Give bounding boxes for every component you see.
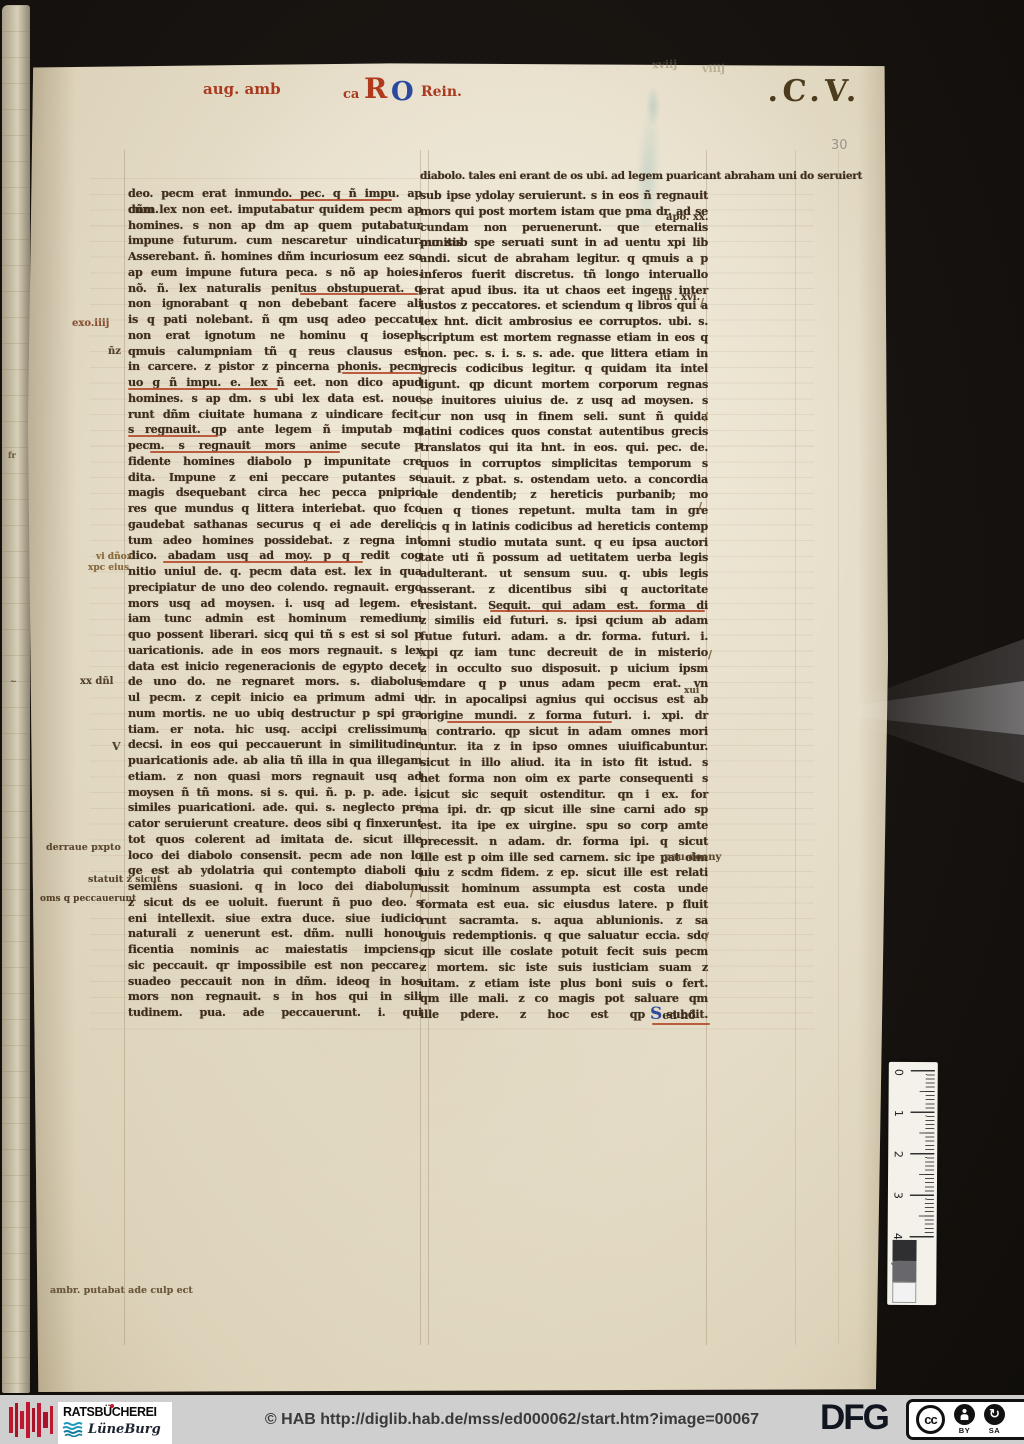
manuscript-text-line: decsi. in eos qui peccauerunt in similit… xyxy=(128,737,422,753)
show-through-mark: viiij xyxy=(702,62,725,75)
manuscript-text-line: puaricationis ade. ab alia tñ illa in qu… xyxy=(128,753,422,769)
cc-by-person-icon xyxy=(954,1404,975,1425)
manuscript-text-line: tot quos colerent ad imitata de. sicut i… xyxy=(128,832,422,848)
manuscript-text-line: cator seruierunt creature. deos sibi q f… xyxy=(128,816,422,832)
page-holder-glare xyxy=(858,636,1024,786)
manuscript-text-line: suadeo peccauit non in dñm. ideoq in hos xyxy=(128,974,422,990)
manuscript-text-line: runt sacramta. s. aqua ablunionis. z sa xyxy=(420,913,708,929)
manuscript-text-line: non ignorabant q non debebant facere ali xyxy=(128,296,422,312)
margin-note: V xyxy=(112,740,121,753)
column-rule xyxy=(124,150,125,1345)
rubric-underline xyxy=(447,721,612,723)
facing-page-edge xyxy=(2,5,30,1393)
cc-sa-arrow-icon: ↻ xyxy=(984,1404,1005,1425)
manuscript-text-line: asserant. z dicentibus sibi q auctoritat… xyxy=(420,582,708,598)
margin-note: .lu . xvi. xyxy=(656,292,700,303)
manuscript-text-line: non erat ignotum ne hominu q ioseph xyxy=(128,328,422,344)
manuscript-text-line: eni intellexit. siue extra duce. siue iu… xyxy=(128,911,422,927)
margin-note: vi dñoz xyxy=(96,552,132,562)
manuscript-text-line: inferos fuerit discretus. tñ longo inter… xyxy=(420,267,708,283)
margin-note: ambr. putabat ade culp ect xyxy=(50,1285,193,1296)
margin-note: oms q peccauerunt xyxy=(40,894,136,904)
gray-patch-light xyxy=(892,1282,916,1303)
manuscript-text-line: iam tunc admin est hominum remedium xyxy=(128,611,422,627)
manuscript-text-line: homines. s non ap dm ap quem putabatur xyxy=(128,218,422,234)
manuscript-text-line: uaricationis. ade in eos mors regnauit. … xyxy=(128,643,422,659)
manuscript-text-line: is q pati nolebant. ñ qm usq adeo peccat… xyxy=(128,312,422,328)
manuscript-text-line: uitam. z etiam iste plus boni suis o fer… xyxy=(420,976,708,992)
manuscript-text-line: naturali z uenerunt est. dñm. nulli hono… xyxy=(128,926,422,942)
manuscript-text-line: sub ipse ydolay seruierunt. s in eos ñ r… xyxy=(420,188,708,204)
grayscale-ruler: 0 1 2 3 4 Gray Scale xyxy=(887,1062,938,1305)
manuscript-text-line: cundam non peruenerunt. que eternalis pu… xyxy=(420,220,708,236)
manuscript-text-line: etiam. z non quasi mors regnauit usq ad xyxy=(128,769,422,785)
dfg-logo: DFG xyxy=(820,1398,888,1438)
manuscript-text-line: omni studio mutata sunt. q eu ipsa aucto… xyxy=(420,535,708,551)
rubric-underline xyxy=(300,293,418,295)
manuscript-text-line: dr. in apocalipsi agnius qui occisus est… xyxy=(420,692,708,708)
manuscript-text-line: scriptum est mortem regnasse etiam in eo… xyxy=(420,330,708,346)
cc-icon: cc xyxy=(916,1405,945,1434)
fold-line xyxy=(838,150,839,1345)
rubric-underline xyxy=(128,435,218,437)
closing-word: ed nõ xyxy=(662,1008,695,1022)
show-through-mark: xviij xyxy=(652,58,678,72)
margin-note: ñz xyxy=(108,346,121,357)
manuscript-text-line: semiens suasioni. q in loco dei diabolum xyxy=(128,879,422,895)
manuscript-text-line: precipiatur de uno deo colendo. regnauit… xyxy=(128,580,422,596)
margin-note: derraue pxpto xyxy=(46,842,121,853)
margin-note: / xyxy=(708,648,712,661)
manuscript-text-line: ficentia nominis ac maiestatis impciens. xyxy=(128,942,422,958)
manuscript-text-line: tiam. er nota. hic usq. accipi crelissim… xyxy=(128,722,422,738)
margin-note: fr xyxy=(8,450,16,460)
gray-patch-dark xyxy=(892,1240,916,1261)
rubric-underline xyxy=(652,1023,710,1025)
rubric-underline xyxy=(272,199,392,201)
manuscript-text-line: ligunt. qp dicunt mortem corporum regnas xyxy=(420,377,708,393)
margin-note: xx dñl xyxy=(80,676,113,687)
margin-note: xpc eius xyxy=(88,563,129,573)
margin-note: / xyxy=(410,886,414,899)
manuscript-text-line: ap eum impune futura peca. s nõ ap hoies… xyxy=(128,265,422,281)
rubric-underline xyxy=(342,372,422,374)
manuscript-text-line: ge est ab ydolatria qui contempto diabol… xyxy=(128,863,422,879)
running-title-initial-r: R xyxy=(364,72,387,105)
ruler-ticks xyxy=(904,1070,935,1238)
right-text-column: sub ipse ydolay seruierunt. s in eos ñ r… xyxy=(420,188,708,1023)
manuscript-text-line: ul pecm. z cepit inicio ea primum admi u xyxy=(128,690,422,706)
manuscript-text-line: grecis codicibus legitur. q quidam ita i… xyxy=(420,361,708,377)
blue-initial: S xyxy=(650,1004,662,1024)
cc-sa-label: SA xyxy=(989,1426,1000,1435)
manuscript-text-line: tate uti ñ possum ad uetitatem uerba leg… xyxy=(420,550,708,566)
manuscript-text-line: homines. s ap dm. s ubi lex data est. no… xyxy=(128,391,422,407)
manuscript-text-line: Asserebant. ñ. homines dñm incuriosum ee… xyxy=(128,249,422,265)
manuscript-text-line: gaudebat sathanas securus q ei ade derel… xyxy=(128,517,422,533)
running-title-right: Rein. xyxy=(421,84,462,100)
margin-note: exo.iiij xyxy=(72,318,109,329)
manuscript-text-line: mo sub spe seruati sunt in ad uentu xpi … xyxy=(420,235,708,251)
manuscript-text-line: mors non regnauit. s in hos qui in sili xyxy=(128,989,422,1005)
manuscript-text-line: loco dei diabolo consensit. pecm ade non… xyxy=(128,848,422,864)
manuscript-text-line: cur non usq in finem seli. sunt ñ quida xyxy=(420,409,708,425)
ruler-number: 0 xyxy=(892,1066,905,1078)
manuscript-text-line: latini codices quos constat autentibus g… xyxy=(420,424,708,440)
rubric-underline xyxy=(163,561,363,563)
margin-note: pau doeny xyxy=(664,852,721,863)
manuscript-text-line: magis dsequebant circa hec pecca pniprio xyxy=(128,485,422,501)
footer-bar: RATSBÜCHEREI LüneBurg © HAB http://digli… xyxy=(0,1395,1024,1444)
manuscript-text-line: futue futuri. adam. a dr. forma. futuri.… xyxy=(420,629,708,645)
manuscript-text-line: non. pec. s. i. s. s. ade. que littera e… xyxy=(420,346,708,362)
manuscript-text-line: z mortem. sic iste suis iusticiam suam z xyxy=(420,960,708,976)
scanned-manuscript-photo: aug. amb ca R O Rein. .C.V. 30 xviij vii… xyxy=(0,0,1024,1444)
closing-phrase: Sed nõ xyxy=(650,1004,695,1024)
manuscript-text-line: uauit. z pbat. s. ostendam ueto. a conco… xyxy=(420,472,708,488)
running-title-initial-o: O xyxy=(391,77,414,107)
folio-number: .C.V. xyxy=(767,74,862,109)
ruler-number: 1 xyxy=(892,1107,905,1119)
manuscript-text-line: quo possent liberari. sicq qui tñ s est … xyxy=(128,627,422,643)
manuscript-text-line: z in occulto suo disposuit. p uicium ips… xyxy=(420,661,708,677)
manuscript-text-line: a contrario. qp sicut in adam omnes mori xyxy=(420,724,708,740)
manuscript-text-line: guis redemptionis. q que saluatur eccia.… xyxy=(420,928,708,944)
manuscript-text-line: num mortis. ne uo ubiq destructur p spi … xyxy=(128,706,422,722)
manuscript-text-line: similes puaricationi. ade. qui. s. negle… xyxy=(128,800,422,816)
gray-patch-mid xyxy=(892,1261,916,1282)
manuscript-text-line: se inuitores uiuius de. z usq ad moysen.… xyxy=(420,393,708,409)
manuscript-text-line: z sicut ds ee uoluit. fuerunt ñ puo deo.… xyxy=(128,895,422,911)
margin-note: xui xyxy=(684,686,699,696)
manuscript-text-line: lex hnt. dicit ambrosius ee corruptos. u… xyxy=(420,314,708,330)
manuscript-text-line: emdare q p unus adam pecm erat. vn xyxy=(420,676,708,692)
cc-by-label: BY xyxy=(959,1426,970,1435)
manuscript-text-line: ussit hominum assumpta est costa unde xyxy=(420,881,708,897)
manuscript-text-line: est. ita ipe ex uirgine. spu so corp amt… xyxy=(420,818,708,834)
manuscript-text-line: dita. Impune z eni peccare putantes se xyxy=(128,470,422,486)
margin-note: apo. xx. xyxy=(666,212,708,223)
manuscript-text-line: de uno do. ne regnaret mors. s. diabolus xyxy=(128,674,422,690)
margin-note: / xyxy=(698,500,702,513)
manuscript-text-line: translatos qui ita hnt. in eos. qui. pec… xyxy=(420,440,708,456)
manuscript-text-line: qmuis calumpniam tñ q reus clausus est xyxy=(128,344,422,360)
rubric-underline xyxy=(490,610,705,612)
manuscript-text-line: formata est eua. sic eiusdus latere. p f… xyxy=(420,897,708,913)
manuscript-text-line: z similis eid futuri. s. ipsi qcium ab a… xyxy=(420,613,708,629)
manuscript-text-line: xpi qz iam tunc decreuit de in misterio xyxy=(420,645,708,661)
manuscript-text-line: uiu z scdm fidem. z ep. sicut ille est r… xyxy=(420,865,708,881)
pencil-page-number: 30 xyxy=(831,138,848,153)
running-title-left: aug. amb xyxy=(203,80,281,98)
manuscript-text-line: impune futurum. cum nescaretur uindicatu… xyxy=(128,233,422,249)
manuscript-text-line: res que mundus q littera interiebat. quo… xyxy=(128,501,422,517)
margin-note: / xyxy=(705,930,709,943)
manuscript-text-line: ale dendentib; z hereticis purbanib; mo xyxy=(420,487,708,503)
manuscript-text-line: mors usq ad moysen. i. usq ad legem. et xyxy=(128,596,422,612)
manuscript-text-line: untur. ita z in ipso omnes uiuificabuntu… xyxy=(420,739,708,755)
manuscript-text-line: sic peccauit. qr impossibile est non pec… xyxy=(128,958,422,974)
manuscript-text-line: cis q in latinis codicibus ad hereticis … xyxy=(420,519,708,535)
manuscript-text-line: tudinem. pua. ade peccauerunt. i. qui xyxy=(128,1005,422,1021)
manuscript-text-line: data est inicio regeneracionis de egypto… xyxy=(128,659,422,675)
manuscript-text-line: cum lex non eet. imputabatur quidem pecm… xyxy=(128,202,422,218)
manuscript-text-line: uen q tiones repetunt. multa tam in gre xyxy=(420,503,708,519)
right-column-first-line: diabolo. tales eni erant de os ubi. ad l… xyxy=(420,170,800,182)
rubric-underline xyxy=(128,388,278,390)
rubric-underline xyxy=(150,451,340,453)
manuscript-text-line: fidente homines diabolo p impunitate cre xyxy=(128,454,422,470)
manuscript-text-line: sicut in illo aliud. ita in isto fit ist… xyxy=(420,755,708,771)
manuscript-text-line: moysen ñ tñ mons. si s. qui. ñ. p. p. ad… xyxy=(128,785,422,801)
manuscript-text-line: tum adeo homines possidebat. z regna int xyxy=(128,533,422,549)
fold-line xyxy=(795,150,796,1345)
ruler-number: 2 xyxy=(892,1148,905,1160)
manuscript-text-line: precessit. n adam. dr. forma ipi. q sicu… xyxy=(420,834,708,850)
manuscript-text-line: qp sicut ille coslate potuit fecit suis … xyxy=(420,944,708,960)
ink-stain xyxy=(646,86,660,126)
manuscript-text-line: andi. sicut de abraham legitur. q qmuis … xyxy=(420,251,708,267)
ruler-number: 3 xyxy=(891,1189,904,1201)
manuscript-text-line: quos in corruptos simplicitas temporum s xyxy=(420,456,708,472)
manuscript-text-line: het forma non oim ex parte consequenti s xyxy=(420,771,708,787)
manuscript-text-line: ma ipi. dr. qp sicut ille sine carni ado… xyxy=(420,802,708,818)
running-title-ca: ca xyxy=(343,87,359,102)
margin-note: / xyxy=(704,410,708,423)
manuscript-text-line: runt dñm ciuitate humana z uindicare fec… xyxy=(128,407,422,423)
margin-note: / xyxy=(700,296,704,309)
manuscript-text-line: adulterant. ut sensum suu. q. ubis legis xyxy=(420,566,708,582)
manuscript-text-line: mors qui post mortem istam que pma dr. a… xyxy=(420,204,708,220)
manuscript-text-line: sicut sic sequit ostenditur. qn i ex. fo… xyxy=(420,787,708,803)
left-text-column: deo. pecm erat inmundo. pec. q ñ impu. a… xyxy=(128,186,422,1021)
cc-license-badge: cc BY ↻ SA xyxy=(906,1399,1024,1440)
manuscript-text-line: nitio uniul de. q. pecm data est. lex in… xyxy=(128,564,422,580)
margin-note: ~ xyxy=(10,676,17,686)
margin-note: statuit z sicut xyxy=(88,874,161,885)
